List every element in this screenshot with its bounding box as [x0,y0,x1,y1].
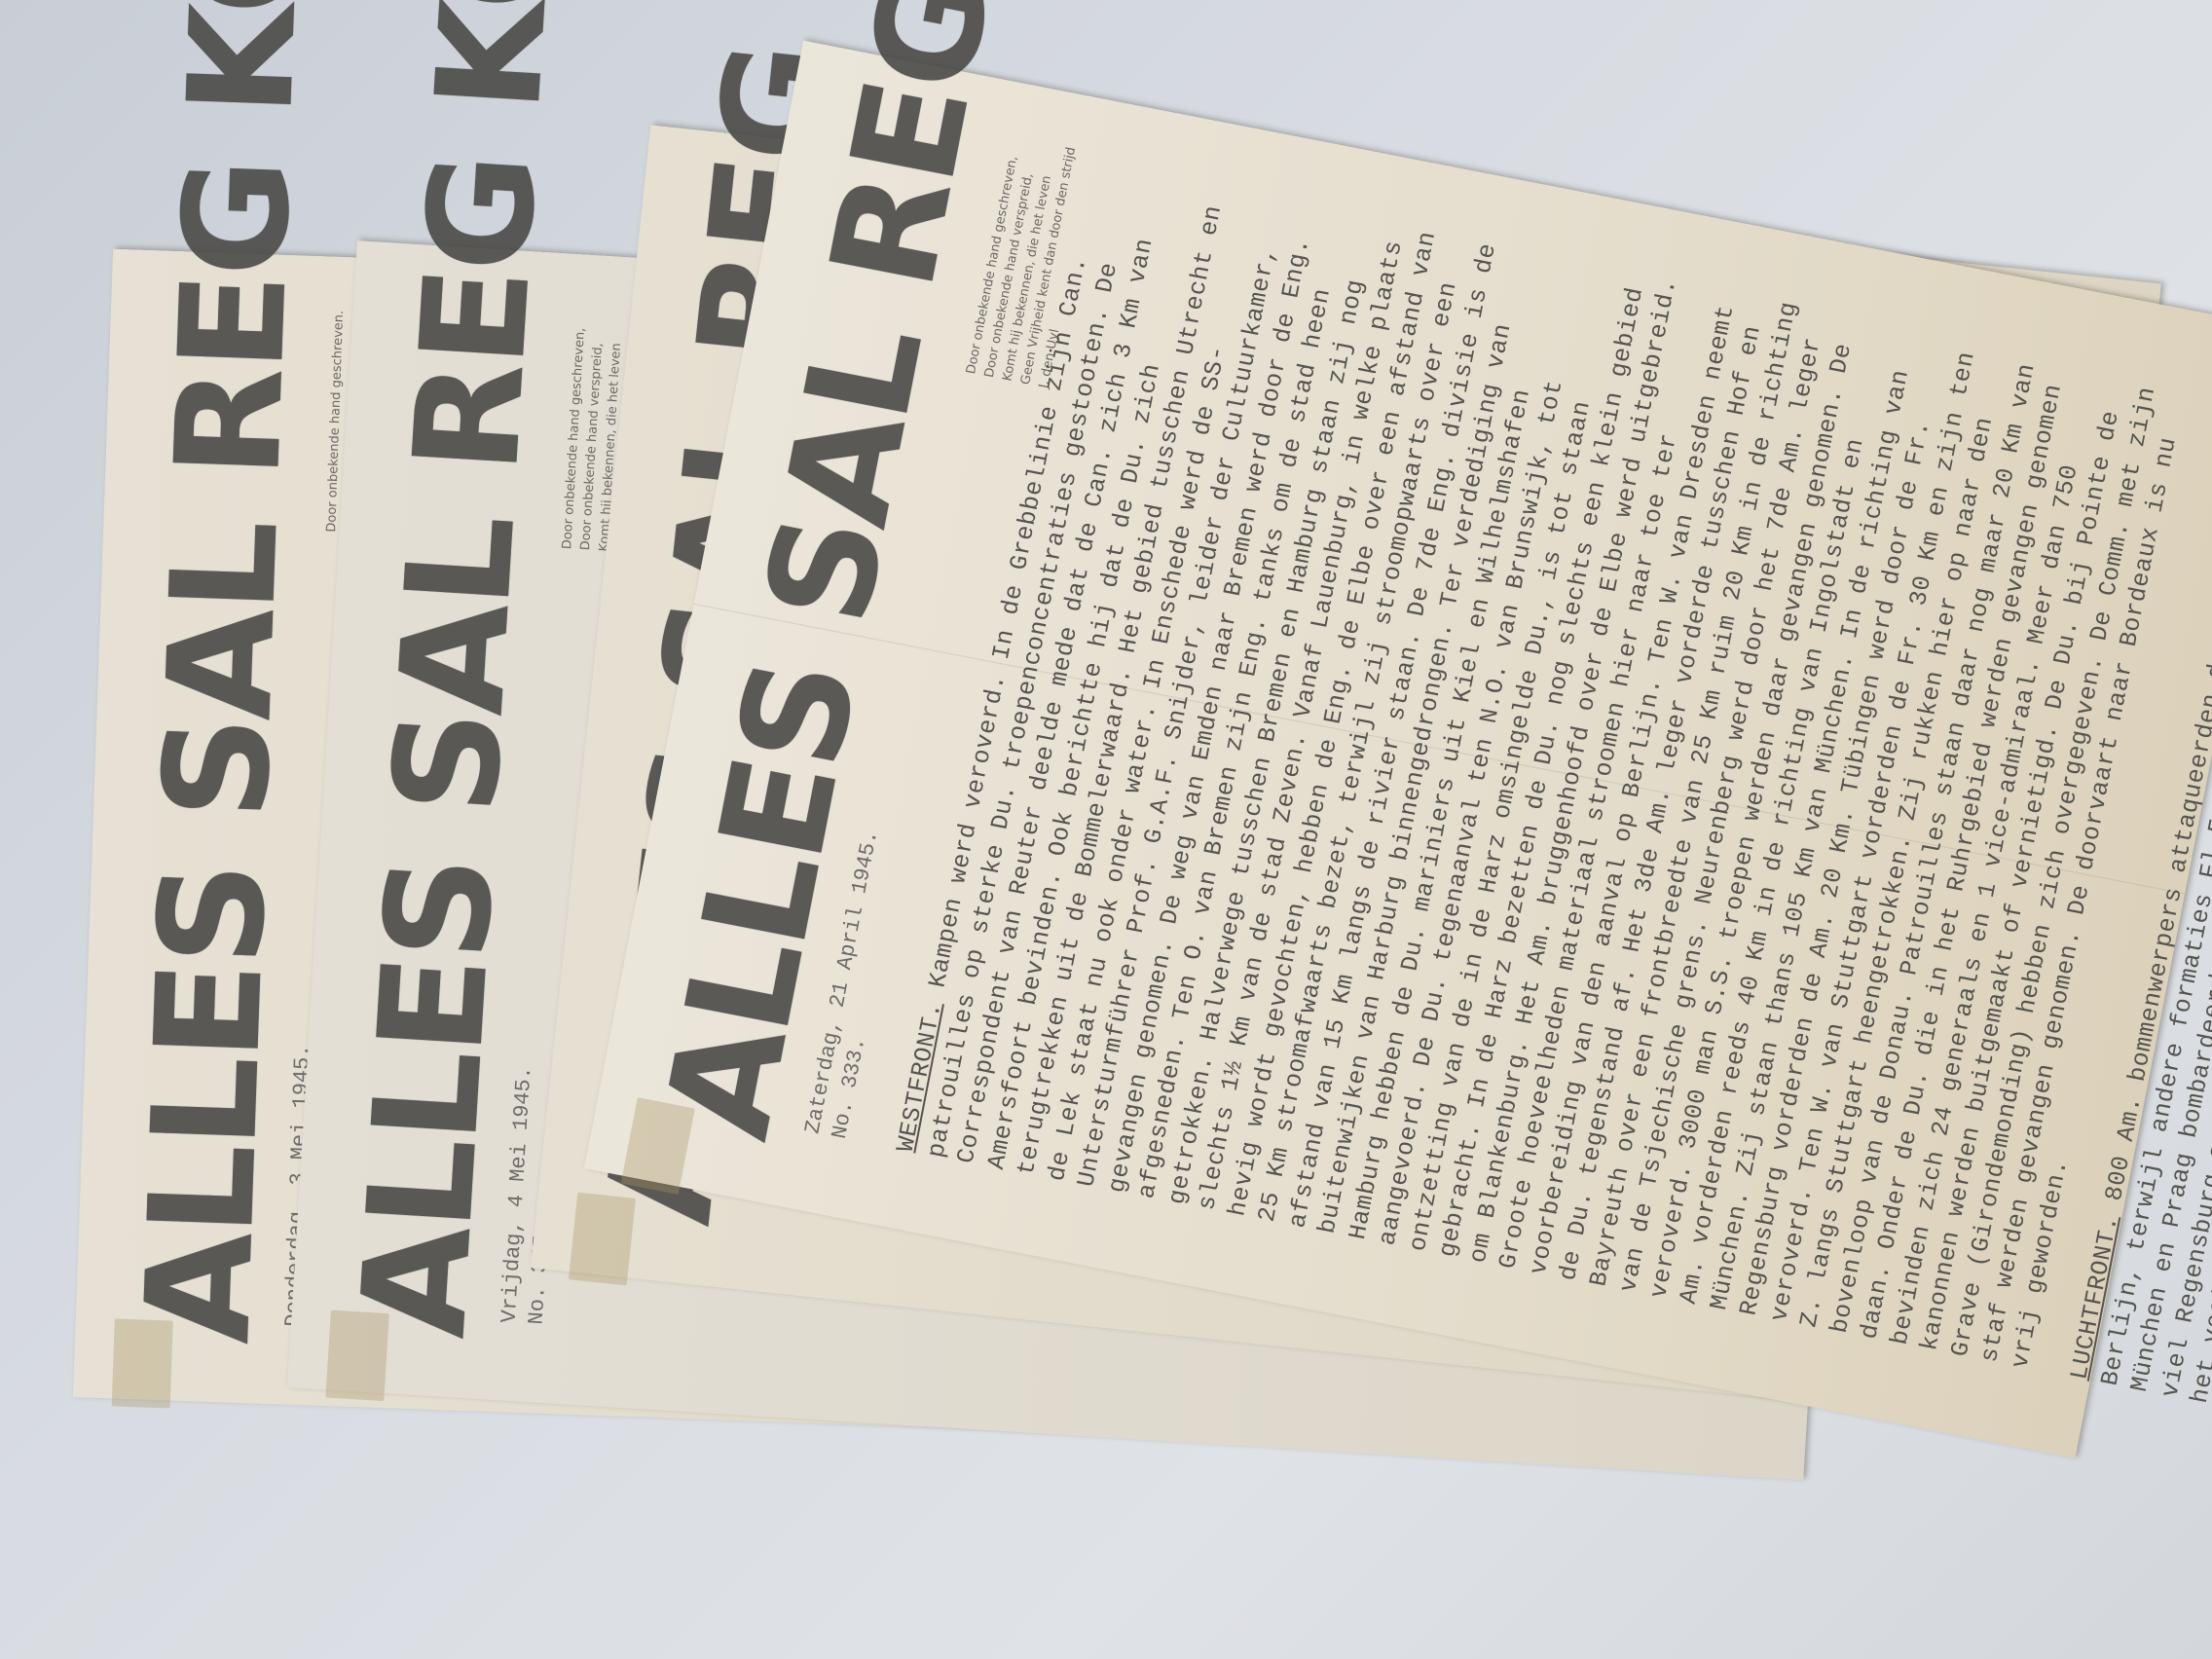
section-text: Kampen werd veroverd. In de Grebbelinie … [922,203,2183,1370]
photo-scene: ALLES SAL REG KOM Door onbekende hand ge… [0,0,2212,1659]
section-westfront: WESTFRONT. Kampen werd veroverd. In de G… [891,155,2212,1371]
article-body: WESTFRONT. Kampen werd veroverd. In de G… [891,155,2212,1453]
